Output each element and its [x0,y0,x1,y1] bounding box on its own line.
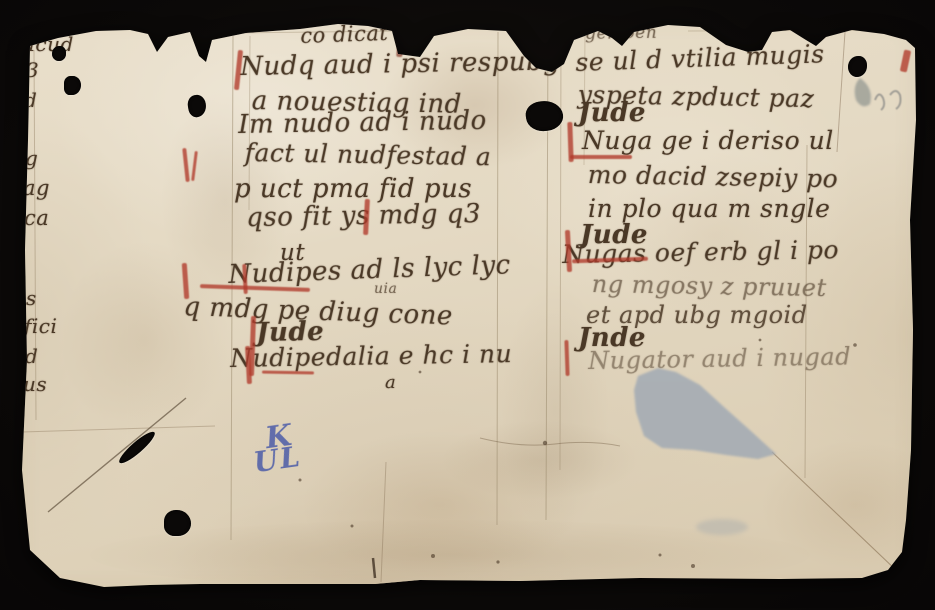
manuscript-line: d [24,90,37,110]
parchment-hole [164,510,191,536]
crease-line [22,426,215,432]
manuscript-line: mo dacid zsepiy po [588,162,839,191]
manuscript-line: Nuga ge i deriso ul [582,128,834,153]
silver-patch [634,368,776,459]
ruling-line [688,30,914,31]
manuscript-fragment: ucud3dgagcasficidus co dicat qNudq aud i… [0,0,935,610]
manuscript-line: p uct pma fid pus [234,176,472,202]
manuscript-line: Nugas oef erb gl i po [562,237,839,267]
pencil-scribble [875,91,901,110]
manuscript-line: Im nudo ad i nudo [238,108,487,138]
parchment-hole [52,46,66,61]
crease-line [48,398,186,512]
grey-ink-smudge [855,78,871,106]
crease-line [772,452,898,572]
manuscript-line: ca [24,208,49,229]
rubric-mark [396,33,404,57]
manuscript-line: s [26,288,37,308]
ruling-line [560,34,561,470]
rubric-mark [570,155,632,159]
manuscript-line: Nudq aud i psi respubg [240,48,561,80]
manuscript-line: co dicat q [300,22,410,47]
manuscript-line: ag [23,178,50,199]
manuscript-line: us [23,374,47,394]
stamp-line-2: UL [252,444,303,476]
manuscript-line: Nudipedalia e hc i nu [230,341,512,371]
manuscript-line: d [25,346,38,366]
manuscript-line: fact ul nudfestad a [245,140,492,169]
manuscript-line: Nugator aud i nugad [588,344,851,373]
crease-line [837,32,845,152]
manuscript-line: Jude [578,100,646,126]
manuscript-line: fici [24,316,57,336]
edge-tear-mark [373,558,375,578]
manuscript-line: 3 [26,60,39,80]
crease-line [381,462,386,582]
manuscript-line: g [25,148,38,168]
manuscript-photo: ucud3dgagcasficidus co dicat qNudq aud i… [0,0,935,610]
manuscript-line: ng mgosy z pruuet [592,272,827,300]
manuscript-line: in plo qua m sngle [588,196,830,221]
silver-smudge [696,519,748,535]
manuscript-line: a [385,374,396,392]
manuscript-line: uia [374,282,397,296]
manuscript-line: gen oen [585,25,657,43]
crease-line [480,438,620,446]
library-stamp-kul: K UL [249,421,303,475]
manuscript-line: ucud [22,34,74,54]
